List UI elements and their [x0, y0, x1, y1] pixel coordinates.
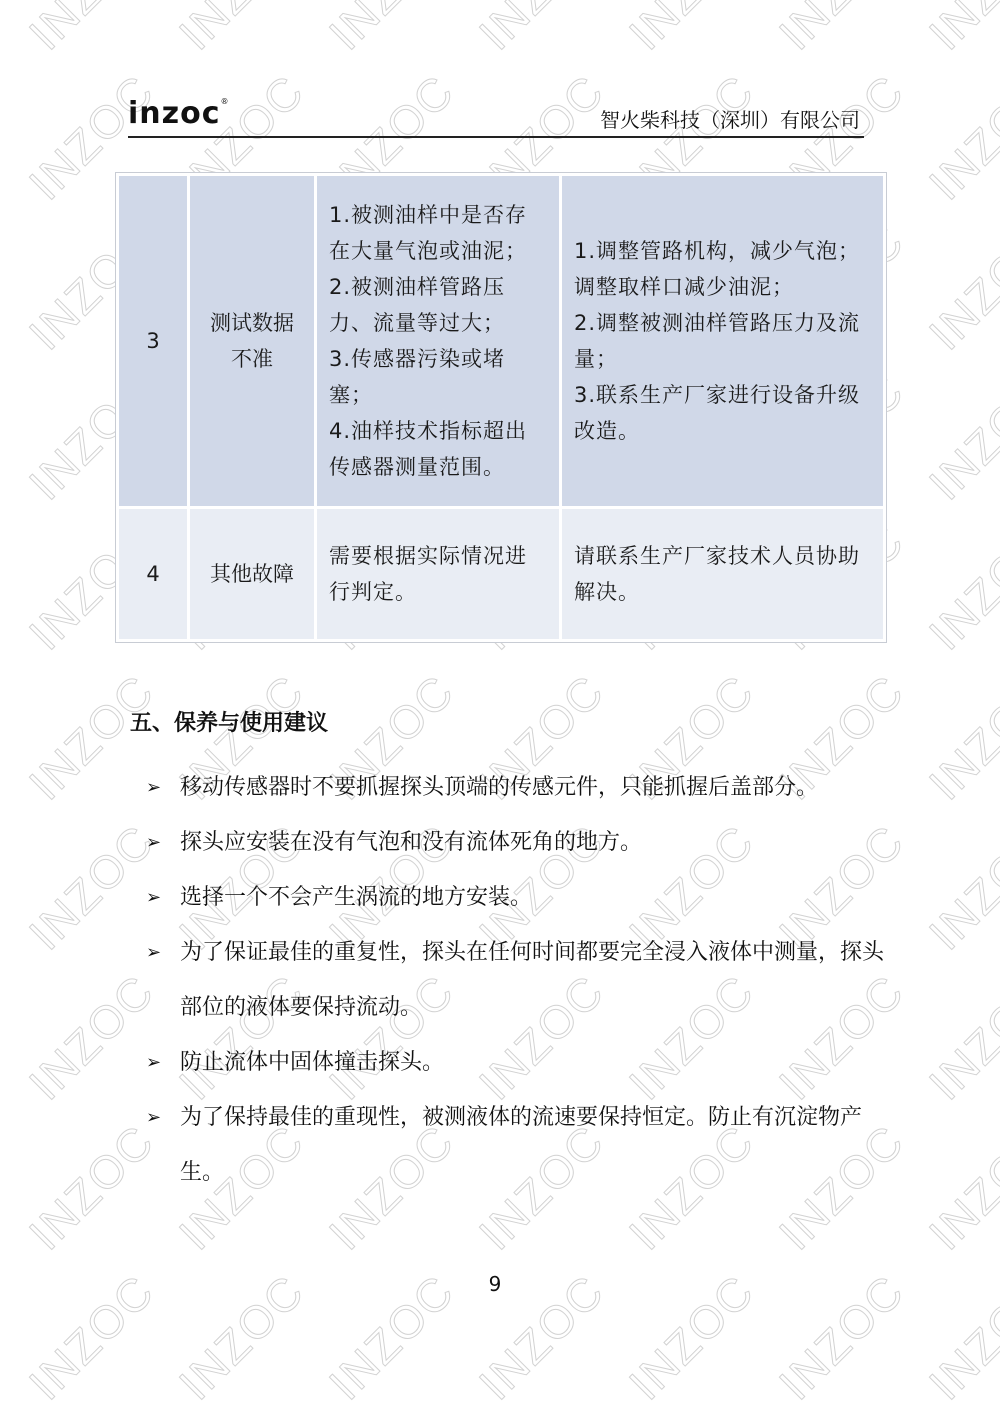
- watermark-text: INZOC: [918, 364, 1000, 510]
- cause-line: 2.被测油样管路压力、流量等过大；: [329, 269, 547, 341]
- list-item: ➢选择一个不会产生涡流的地方安装。: [146, 870, 886, 925]
- watermark-text: INZOC: [918, 664, 1000, 810]
- watermark-text: INZOC: [18, 0, 164, 60]
- solution-line: 3.联系生产厂家进行设备升级改造。: [574, 377, 871, 449]
- table-row: 4 其他故障 需要根据实际情况进行判定。 请联系生产厂家技术人员协助解决。: [119, 509, 883, 639]
- fault-cause: 需要根据实际情况进行判定。: [317, 509, 559, 639]
- page-number: 9: [0, 1272, 990, 1296]
- watermark-text: INZOC: [918, 1114, 1000, 1260]
- fault-solution: 请联系生产厂家技术人员协助解决。: [562, 509, 883, 639]
- fault-solution: 1.调整管路机构，减少气泡；调整取样口减少油泥； 2.调整被测油样管路压力及流量…: [562, 176, 883, 506]
- watermark-text: INZOC: [18, 964, 164, 1110]
- watermark-text: INZOC: [918, 514, 1000, 660]
- watermark-text: INZOC: [918, 64, 1000, 210]
- page-header: inzoc® 智火柴科技（深圳）有限公司: [128, 92, 864, 138]
- list-item: ➢探头应安装在没有气泡和没有流体死角的地方。: [146, 815, 886, 870]
- arrow-bullet-icon: ➢: [146, 925, 161, 980]
- watermark-text: INZOC: [318, 0, 464, 60]
- arrow-bullet-icon: ➢: [146, 760, 161, 815]
- tip-text: 为了保持最佳的重现性，被测液体的流速要保持恒定。防止有沉淀物产生。: [180, 1105, 862, 1185]
- watermark-text: INZOC: [618, 0, 764, 60]
- maintenance-tips-list: ➢移动传感器时不要抓握探头顶端的传感元件，只能抓握后盖部分。 ➢探头应安装在没有…: [146, 760, 886, 1200]
- row-number: 3: [119, 176, 187, 506]
- arrow-bullet-icon: ➢: [146, 1035, 161, 1090]
- list-item: ➢移动传感器时不要抓握探头顶端的传感元件，只能抓握后盖部分。: [146, 760, 886, 815]
- tip-text: 防止流体中固体撞击探头。: [180, 1050, 444, 1075]
- solution-line: 请联系生产厂家技术人员协助解决。: [574, 538, 871, 610]
- company-logo: inzoc®: [128, 96, 230, 131]
- fault-table: 3 测试数据不准 1.被测油样中是否存在大量气泡或油泥； 2.被测油样管路压力、…: [115, 172, 887, 643]
- company-name: 智火柴科技（深圳）有限公司: [600, 104, 860, 133]
- fault-name: 其他故障: [190, 509, 314, 639]
- list-item: ➢为了保证最佳的重复性，探头在任何时间都要完全浸入液体中测量，探头部位的液体要保…: [146, 925, 886, 1035]
- logo-text: inzoc: [128, 96, 221, 131]
- solution-line: 2.调整被测油样管路压力及流量；: [574, 305, 871, 377]
- table-row: 3 测试数据不准 1.被测油样中是否存在大量气泡或油泥； 2.被测油样管路压力、…: [119, 176, 883, 506]
- watermark-text: INZOC: [468, 0, 614, 60]
- cause-line: 1.被测油样中是否存在大量气泡或油泥；: [329, 197, 547, 269]
- cause-line: 需要根据实际情况进行判定。: [329, 538, 547, 610]
- solution-line: 1.调整管路机构，减少气泡；调整取样口减少油泥；: [574, 233, 871, 305]
- watermark-text: INZOC: [18, 664, 164, 810]
- watermark-text: INZOC: [768, 0, 914, 60]
- arrow-bullet-icon: ➢: [146, 870, 161, 925]
- section-title: 五、保养与使用建议: [130, 706, 328, 737]
- watermark-text: INZOC: [918, 0, 1000, 60]
- list-item: ➢防止流体中固体撞击探头。: [146, 1035, 886, 1090]
- watermark-text: INZOC: [18, 814, 164, 960]
- row-number: 4: [119, 509, 187, 639]
- watermark-text: INZOC: [918, 814, 1000, 960]
- tip-text: 移动传感器时不要抓握探头顶端的传感元件，只能抓握后盖部分。: [180, 775, 818, 800]
- watermark-text: INZOC: [18, 1114, 164, 1260]
- registered-mark: ®: [221, 97, 230, 106]
- tip-text: 探头应安装在没有气泡和没有流体死角的地方。: [180, 830, 642, 855]
- list-item: ➢为了保持最佳的重现性，被测液体的流速要保持恒定。防止有沉淀物产生。: [146, 1090, 886, 1200]
- fault-cause: 1.被测油样中是否存在大量气泡或油泥； 2.被测油样管路压力、流量等过大； 3.…: [317, 176, 559, 506]
- fault-name: 测试数据不准: [190, 176, 314, 506]
- cause-line: 3.传感器污染或堵塞；: [329, 341, 547, 413]
- cause-line: 4.油样技术指标超出传感器测量范围。: [329, 413, 547, 485]
- arrow-bullet-icon: ➢: [146, 815, 161, 870]
- watermark-text: INZOC: [918, 964, 1000, 1110]
- watermark-text: INZOC: [168, 0, 314, 60]
- tip-text: 为了保证最佳的重复性，探头在任何时间都要完全浸入液体中测量，探头部位的液体要保持…: [180, 940, 884, 1020]
- tip-text: 选择一个不会产生涡流的地方安装。: [180, 885, 532, 910]
- arrow-bullet-icon: ➢: [146, 1090, 161, 1145]
- watermark-text: INZOC: [918, 214, 1000, 360]
